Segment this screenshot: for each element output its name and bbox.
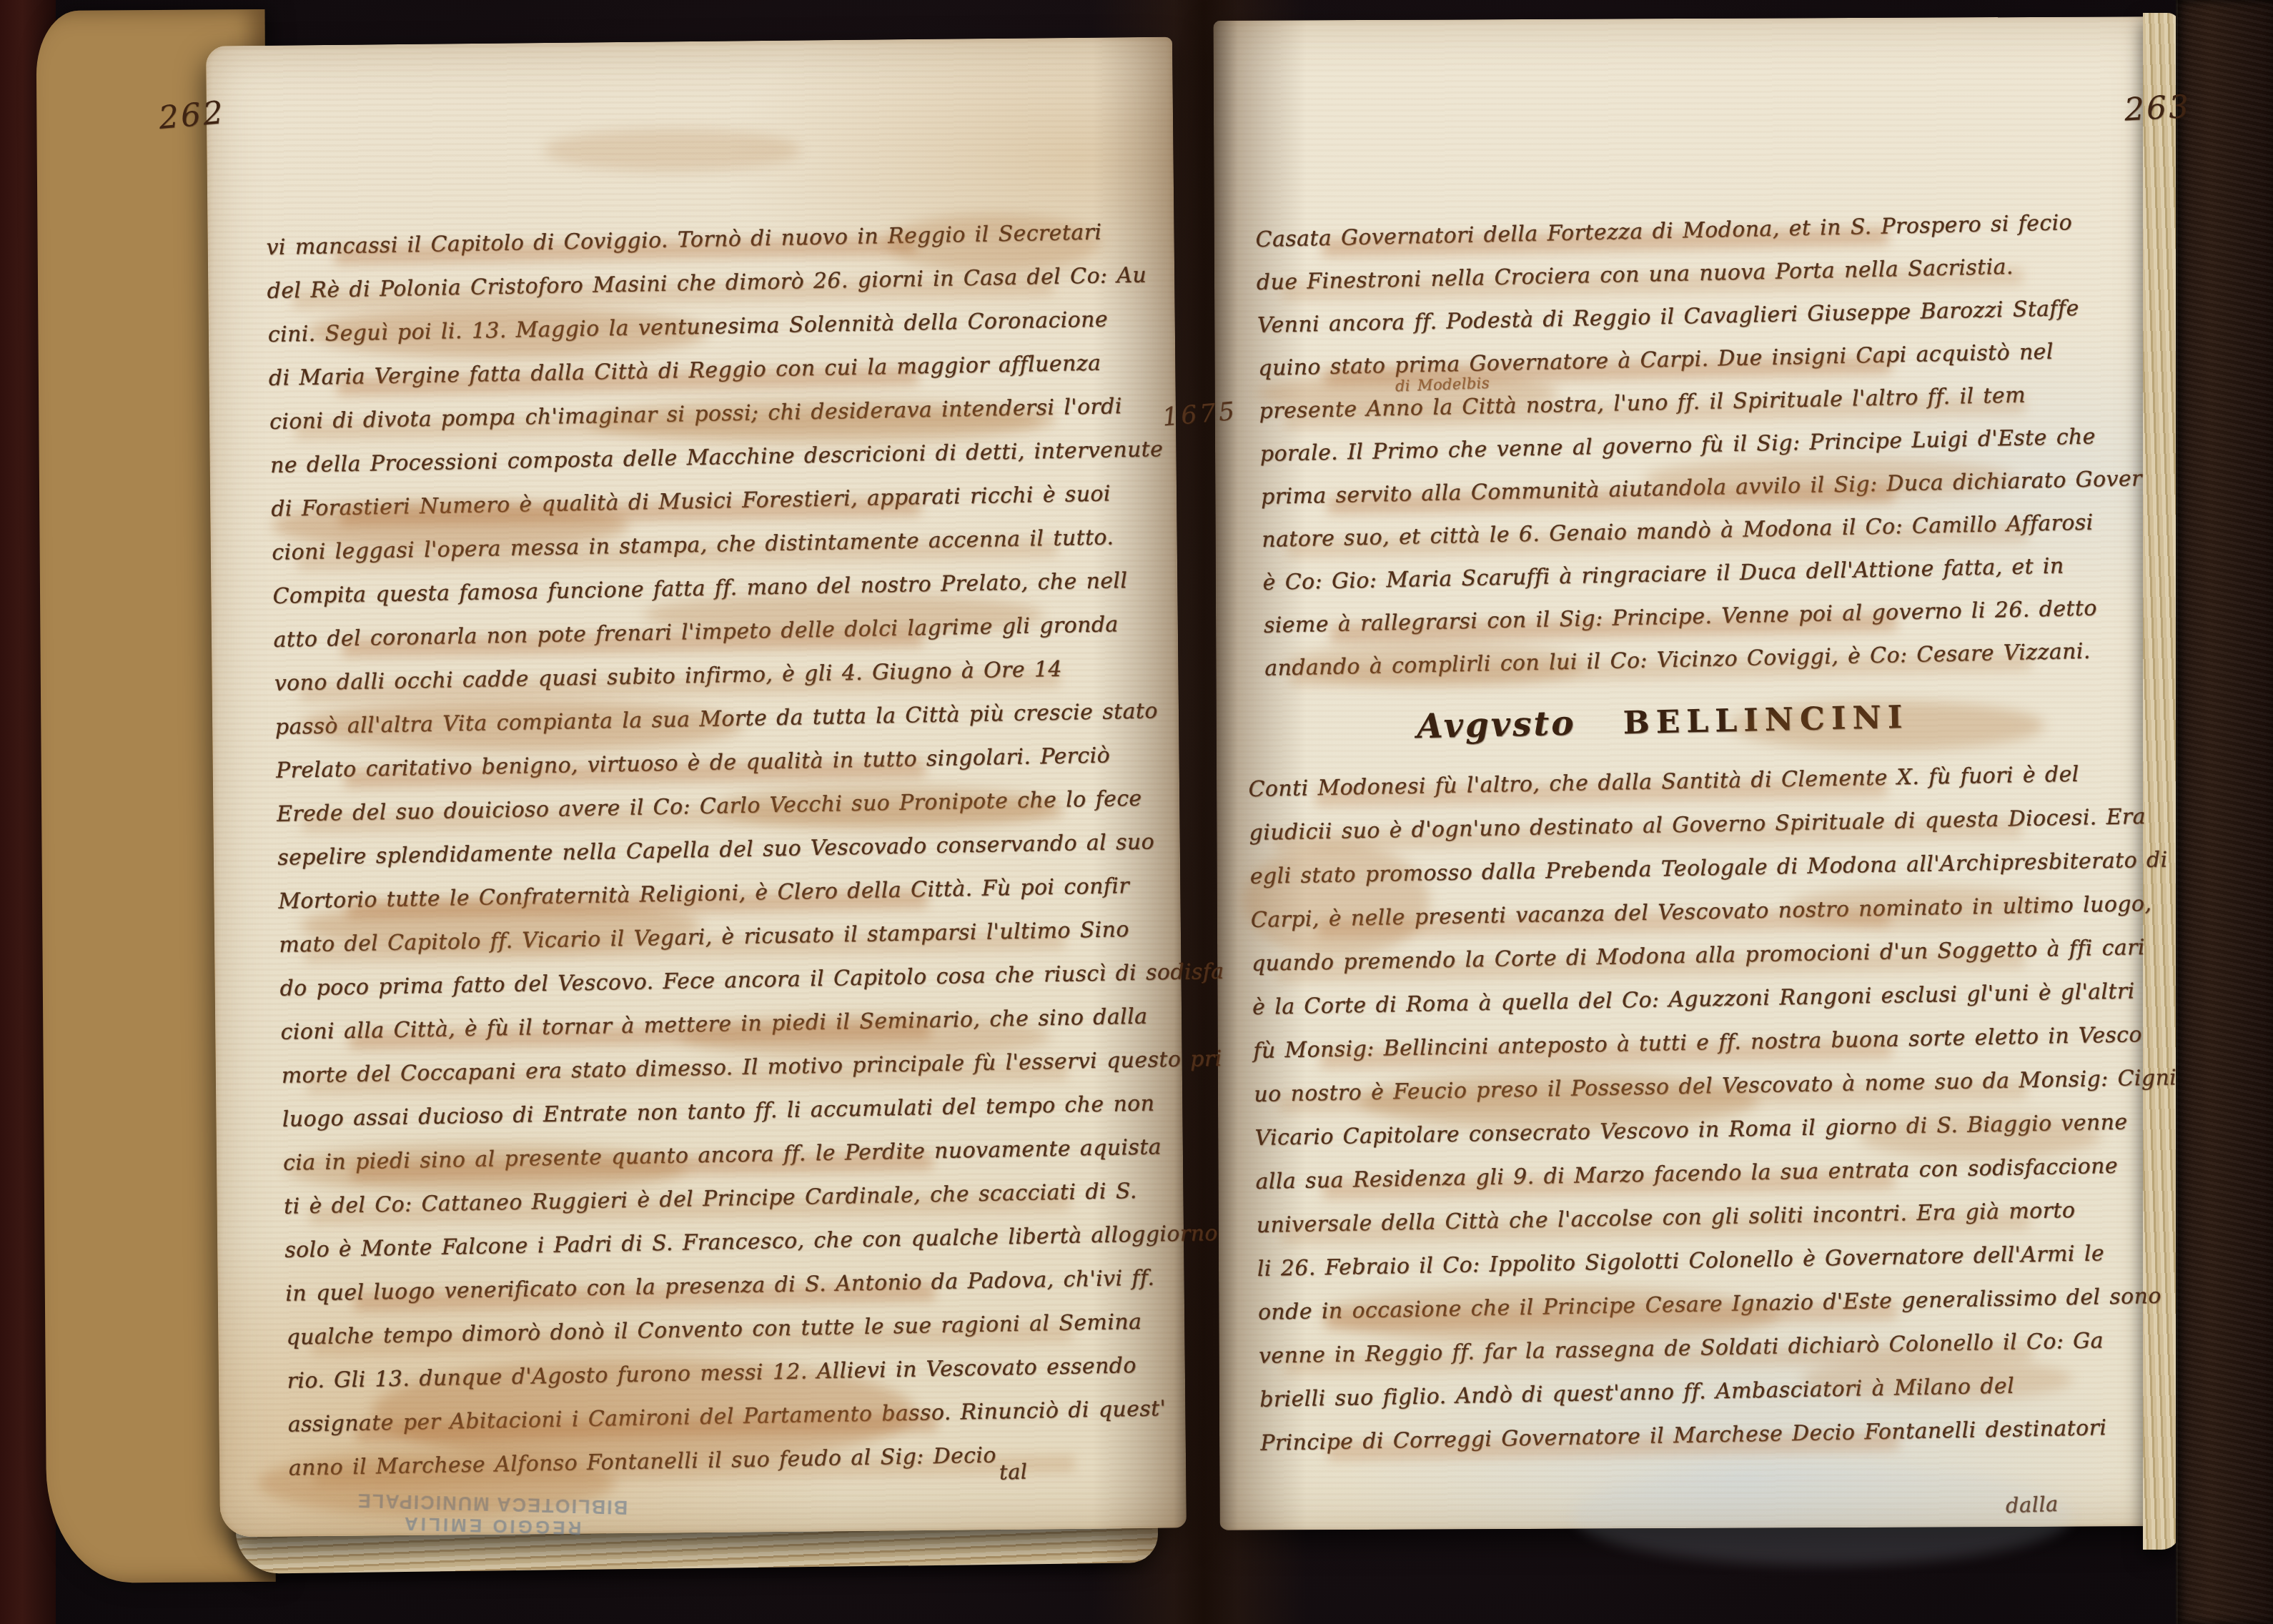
heading-first-name: Avgvsto: [1416, 704, 1576, 747]
page-number-right: 263: [2124, 89, 2192, 129]
page-number-left: 262: [157, 94, 227, 137]
catchword-left: tal: [999, 1459, 1028, 1484]
book-cover-right: [2176, 0, 2273, 1624]
library-stamp: REGGIO EMILIA BIBLIOTECA MUNICIPALE: [351, 1489, 633, 1545]
catchword-right: dalla: [2005, 1492, 2059, 1518]
manuscript-photo: 262 263 vi mancassi il Capitolo di Covig…: [0, 0, 2273, 1624]
right-page-paragraph-2: Conti Modonesi fù l'altro, che dalla San…: [1248, 752, 2101, 1465]
page-edges-stack-right: [2143, 13, 2180, 1550]
right-page-paragraph-1: Casata Governatori della Fortezza di Mod…: [1255, 202, 2098, 690]
left-page-text: vi mancassi il Capitolo di Coviggio. Tor…: [266, 210, 1143, 1490]
heading-family-name: BELLINCINI: [1623, 699, 1909, 741]
